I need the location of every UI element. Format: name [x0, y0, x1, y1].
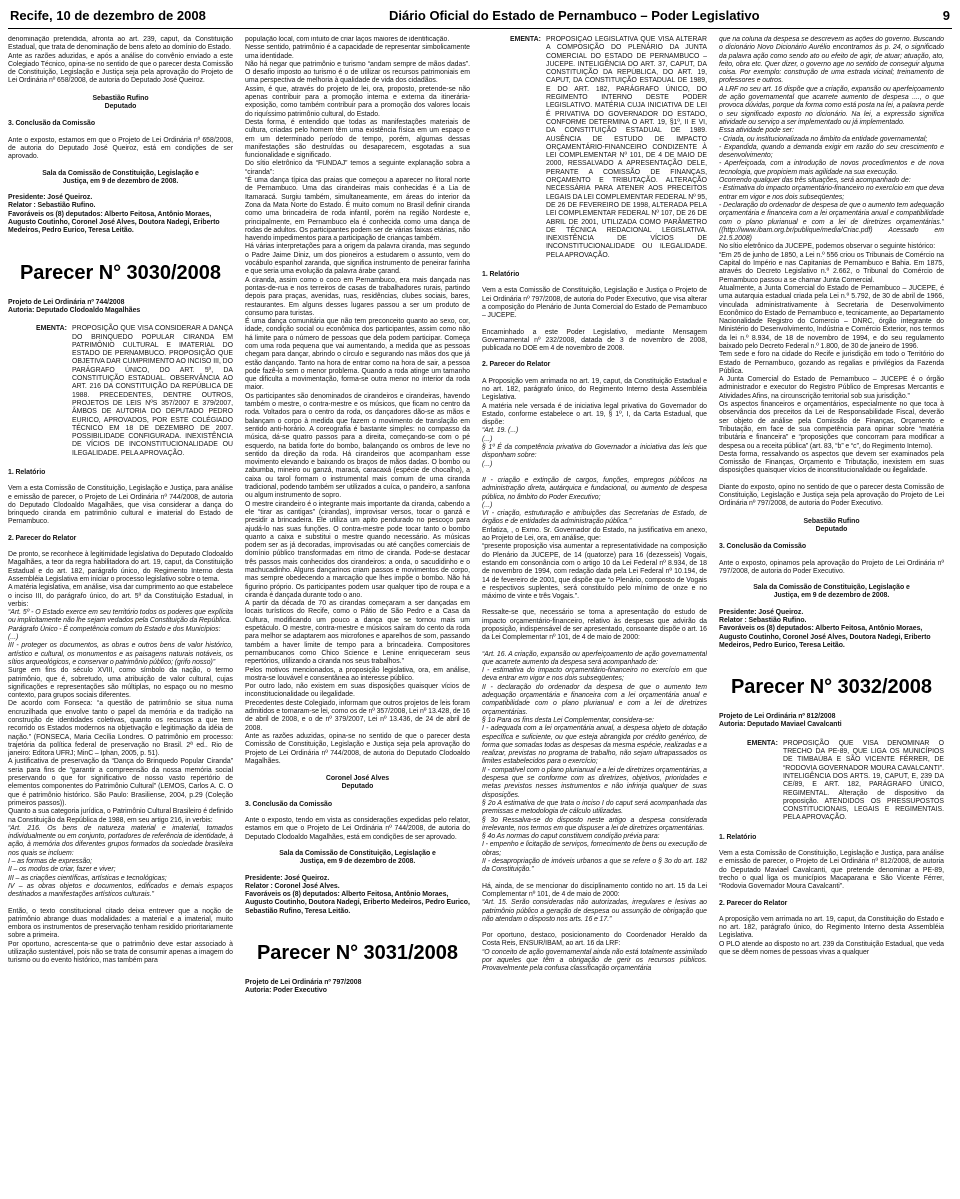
paragraph: Por outro lado, não existem em suas disp… [245, 683, 470, 700]
header-title: Diário Oficial do Estado de Pernambuco –… [206, 8, 943, 23]
paragraph: Tem sede e foro na cidade do Recife e ju… [719, 351, 944, 376]
committee-room-block: Sala da Comissão de Constituição, Legisl… [20, 170, 221, 187]
ementa-label: EMENTA: [36, 325, 72, 458]
page-header: Recife, 10 de dezembro de 2008 Diário Of… [8, 3, 952, 28]
committee-room-line: Justiça, em 9 de dezembro de 2008. [731, 592, 932, 600]
signature-block: Coronel José AlvesDeputado [245, 775, 470, 792]
column-2: população local, com intuito de criar la… [245, 36, 470, 1199]
bill-meta-line: Autoria: Deputado Clodoaldo Magalhães [8, 307, 233, 315]
votes-line: Presidente: José Queiroz. [245, 875, 470, 883]
paragraph: Ante o exposto, opinamos pela aprovação … [719, 560, 944, 577]
paragraph: A Proposição vem arrimada no art. 19, ca… [482, 378, 707, 403]
paragraph: Então, o texto constitucional citado dei… [8, 908, 233, 941]
paragraph: Os aspectos financeiros e orçamentários,… [719, 401, 944, 451]
signature-line: Sebastião Rufino [8, 95, 233, 103]
paragraph: Quanto a sua categoria jurídica, o Patri… [8, 808, 233, 825]
paragraph: Ante as razões aduzidas, e após a anális… [8, 53, 233, 86]
signature-line: Deputado [8, 103, 233, 111]
paragraph: Assim, é que, através do projeto de lei,… [245, 86, 470, 119]
header-rule [8, 28, 952, 29]
quoted-paragraph: “Art. 5º - O Estado exerce em seu territ… [8, 609, 233, 626]
quoted-paragraph: - Aperfeiçoada, com a introdução de novo… [719, 160, 944, 177]
committee-room-block: Sala da Comissão de Constituição, Legisl… [731, 584, 932, 601]
votes-block: Presidente: José Queiroz.Relator : Sebas… [719, 609, 944, 650]
quoted-paragraph: “Art. 16. A criação, expansão ou aperfei… [482, 651, 707, 668]
bill-meta-line: Projeto de Lei Ordinária nº 797/2008 [245, 979, 470, 987]
paragraph: Desta forma, ressalvando os aspectos que… [719, 451, 944, 476]
column-3: EMENTA:PROPOSIÇÃO LEGISLATIVA QUE VISA A… [482, 36, 707, 1199]
paragraph: O PLO atende ao disposto no art. 239 da … [719, 941, 944, 958]
paragraph: A Junta Comercial do Estado de Pernambuc… [719, 376, 944, 401]
quoted-paragraph: I - adequada com a lei orçamentária anua… [482, 725, 707, 766]
votes-line: Relator : Sebastião Rufino. [719, 617, 944, 625]
paragraph: Por oportuno, destaco, posicionamento do… [482, 932, 707, 949]
paragraph: Por oportuno, acrescenta-se que o patrim… [8, 941, 233, 966]
paragraph: Vem a esta Comissão de Constituição, Leg… [8, 485, 233, 526]
paragraph: A justificativa de preservação da “Dança… [8, 758, 233, 808]
bill-meta-line: Projeto de Lei Ordinária nº 744/2008 [8, 299, 233, 307]
spacer [482, 321, 707, 329]
committee-room-line: Sala da Comissão de Constituição, Legisl… [20, 170, 221, 178]
quoted-paragraph: - Declaração do ordenador de despesa de … [719, 202, 944, 243]
quoted-paragraph: (...) [482, 502, 707, 510]
signature-line: Coronel José Alves [245, 775, 470, 783]
paragraph: A proposição vem arrimada no art. 19, ca… [719, 916, 944, 941]
paragraph: Precedentes deste Colegiado, informam qu… [245, 700, 470, 733]
paragraph: Vem a esta Comissão de Constituição, Leg… [482, 287, 707, 320]
quoted-paragraph: II - declaração do ordenador da despesa … [482, 684, 707, 717]
committee-room-line: Justiça, em 9 de dezembro de 2008. [257, 858, 458, 866]
quoted-paragraph: I – as formas de expressão; [8, 858, 233, 866]
gazette-page: Recife, 10 de dezembro de 2008 Diário Of… [0, 0, 960, 1199]
bill-meta-line: Autoria: Poder Executivo [245, 987, 470, 995]
spacer [482, 924, 707, 932]
ementa-label: EMENTA: [510, 36, 546, 260]
quoted-paragraph: III – as criações científicas, artística… [8, 875, 233, 883]
signature-line: Sebastião Rufino [719, 518, 944, 526]
spacer [482, 643, 707, 651]
parecer-title: Parecer N° 3032/2008 [719, 676, 944, 698]
header-page-number: 9 [943, 8, 950, 23]
spacer [482, 875, 707, 883]
paragraph: Ressalte-se que, necessário se torna a a… [482, 609, 707, 642]
section-heading: 2. Parecer do Relator [719, 900, 944, 908]
paragraph: Ante as razões aduzidas, opina-se no sen… [245, 733, 470, 766]
section-heading: 3. Conclusão da Comissão [8, 120, 233, 128]
paragraph: Os participantes são denominados de cira… [245, 393, 470, 501]
signature-block: Sebastião RufinoDeputado [719, 518, 944, 535]
paragraph: A matéria nele versada é de iniciativa l… [482, 403, 707, 428]
paragraph: Do sítio eletrônico da “FUNDAJ” temos a … [245, 160, 470, 177]
quoted-paragraph: § 4o As normas do caput constituem condi… [482, 833, 707, 841]
paragraph: No sítio eletrônico da JUCEPE, podemos o… [719, 243, 944, 251]
ementa-block: EMENTA:PROPOSIÇÃO LEGISLATIVA QUE VISA A… [510, 36, 707, 260]
bill-meta-line: Autoria: Deputado Maviael Cavalcanti [719, 721, 944, 729]
spacer [719, 476, 944, 484]
paragraph: Ante o exposto, tendo em vista as consid… [245, 817, 470, 842]
quoted-paragraph: (...) [482, 436, 707, 444]
paragraph: Diante do exposto, opino no sentido de q… [719, 484, 944, 509]
quoted-paragraph: “O conceito de ação governamental ainda … [482, 949, 707, 974]
paragraph: Enfatiza, , o Exmo. Sr. Governador do Es… [482, 527, 707, 544]
ementa-label: EMENTA: [747, 740, 783, 823]
paragraph: denominação pretendida, afronta ao art. … [8, 36, 233, 53]
paragraph: Desta forma, é entendido que todas as ma… [245, 119, 470, 160]
paragraph: É uma dança comunitária que não tem prec… [245, 318, 470, 393]
section-heading: 1. Relatório [8, 469, 233, 477]
votes-line: Favoráveis os (8) deputados: Alberto Fei… [245, 891, 470, 916]
quoted-paragraph: § 3o Ressalva-se do disposto neste artig… [482, 817, 707, 834]
quoted-paragraph: § 1o Para os fins desta Lei Complementar… [482, 717, 707, 725]
paragraph: De acordo com Fonseca: “a questão de pat… [8, 700, 233, 758]
signature-line: Deputado [245, 783, 470, 791]
quoted-paragraph: - Criada, ou institucionalizada no âmbit… [719, 136, 944, 144]
paragraph: população local, com intuito de criar la… [245, 36, 470, 44]
votes-line: Presidente: José Queiroz. [719, 609, 944, 617]
quoted-paragraph: III - proteger os documentos, as obras e… [8, 642, 233, 667]
quoted-paragraph: (...) [482, 461, 707, 469]
paragraph: Atualmente, a Junta Comercial do Estado … [719, 285, 944, 351]
signature-line: Deputado [719, 526, 944, 534]
paragraph: Surge em fins do século XVIII, como símb… [8, 667, 233, 700]
quoted-paragraph: “Art. 15. Serão consideradas não autoriz… [482, 899, 707, 924]
votes-line: Relator : Sebastião Rufino. [8, 202, 233, 210]
parecer-title: Parecer N° 3031/2008 [245, 942, 470, 964]
header-date-place: Recife, 10 de dezembro de 2008 [10, 8, 206, 23]
quoted-paragraph: - Estimativa do impacto orçamentário-fin… [719, 185, 944, 202]
votes-line: Favoráveis os (8) deputados: Alberto Fei… [719, 625, 944, 650]
quoted-paragraph: II - compatível com o plano plurianual e… [482, 767, 707, 800]
quoted-paragraph: VI - criação, estruturação e atribuições… [482, 510, 707, 527]
bill-meta-line: Projeto de Lei Ordinária nº 812/2008 [719, 713, 944, 721]
ementa-block: EMENTA:PROPOSIÇÃO QUE VISA DENOMINAR O T… [747, 740, 944, 823]
quoted-paragraph: A LRF no seu art. 16 dispõe que a criaçã… [719, 86, 944, 127]
paragraph: Há, ainda, de se mencionar do disciplina… [482, 883, 707, 900]
paragraph: A ciranda, assim como o coco em Pernambu… [245, 277, 470, 318]
ementa-text: PROPOSIÇÃO QUE VISA CONSIDERAR A DANÇA D… [72, 325, 233, 458]
ementa-text: PROPOSIÇÃO LEGISLATIVA QUE VISA ALTERAR … [546, 36, 707, 260]
column-1: denominação pretendida, afronta ao art. … [8, 36, 233, 1199]
quoted-paragraph: § 1º É da competência privativa do Gover… [482, 444, 707, 461]
paragraph: Pelos motivos mencionados, a proposição … [245, 667, 470, 684]
bill-meta: Projeto de Lei Ordinária nº 812/2008Auto… [719, 713, 944, 730]
votes-line: Presidente: José Queiroz. [8, 194, 233, 202]
quoted-paragraph: IV – as obras objetos e documentos, edif… [8, 883, 233, 900]
committee-room-line: Sala da Comissão de Constituição, Legisl… [257, 850, 458, 858]
quoted-paragraph: que na coluna da despesa se descrevem as… [719, 36, 944, 86]
paragraph: Não há negar que patrimônio e turismo “a… [245, 61, 470, 86]
section-heading: 3. Conclusão da Comissão [719, 543, 944, 551]
paragraph: Nesse sentido, patrimônio é a capacidade… [245, 44, 470, 61]
ementa-text: PROPOSIÇÃO QUE VISA DENOMINAR O TRECHO D… [783, 740, 944, 823]
quoted-paragraph: - Expandida, quando a demanda exigir em … [719, 144, 944, 161]
quoted-paragraph: “Art. 19. (...) [482, 427, 707, 435]
paragraph: “Em 25 de junho de 1850, a Lei n.º 556 c… [719, 252, 944, 285]
quoted-paragraph: § 2o A estimativa de que trata o inciso … [482, 800, 707, 817]
section-heading: 1. Relatório [719, 834, 944, 842]
paragraph: O mestre cirandeiro é o integrante mais … [245, 501, 470, 601]
paragraph: A matéria legislativa, em análise, visa … [8, 584, 233, 609]
committee-room-block: Sala da Comissão de Constituição, Legisl… [257, 850, 458, 867]
quoted-paragraph: Parágrafo Único - É competência comum do… [8, 626, 233, 634]
quoted-paragraph: II - criação e extinção de cargos, funçõ… [482, 477, 707, 502]
committee-room-line: Sala da Comissão de Constituição, Legisl… [731, 584, 932, 592]
text-columns: denominação pretendida, afronta ao art. … [8, 36, 952, 1199]
signature-block: Sebastião RufinoDeputado [8, 95, 233, 112]
ementa-block: EMENTA:PROPOSIÇÃO QUE VISA CONSIDERAR A … [36, 325, 233, 458]
bill-meta: Projeto de Lei Ordinária nº 797/2008Auto… [245, 979, 470, 996]
quoted-paragraph: “Art. 216. Os bens de natureza material … [8, 825, 233, 858]
spacer [8, 900, 233, 908]
votes-line: Relator : Coronel José Alves. [245, 883, 470, 891]
quoted-paragraph: II – os modos de criar, fazer e viver; [8, 866, 233, 874]
paragraph: A partir da década de 70 as cirandas com… [245, 600, 470, 666]
section-heading: 2. Parecer do Relator [482, 361, 707, 369]
paragraph: De pronto, se reconhece à legitimidade l… [8, 551, 233, 584]
quoted-paragraph: I - estimativa do impacto orçamentário-f… [482, 667, 707, 684]
paragraph: Vem a esta Comissão de Constituição, Leg… [719, 850, 944, 891]
votes-block: Presidente: José Queiroz.Relator : Coron… [245, 875, 470, 916]
spacer [482, 469, 707, 477]
section-heading: 1. Relatório [482, 271, 707, 279]
quoted-paragraph: (...) [8, 634, 233, 642]
bill-meta: Projeto de Lei Ordinária nº 744/2008Auto… [8, 299, 233, 316]
parecer-title: Parecer N° 3030/2008 [8, 262, 233, 284]
column-4: que na coluna da despesa se descrevem as… [719, 36, 944, 1199]
section-heading: 3. Conclusão da Comissão [245, 801, 470, 809]
votes-line: Favoráveis os (8) deputados: Alberto Fei… [8, 211, 233, 236]
paragraph: Encaminhado a este Poder Legislativo, me… [482, 329, 707, 354]
paragraph: “presente proposição visa aumentar a rep… [482, 543, 707, 601]
paragraph: Há várias interpretações para a origem d… [245, 243, 470, 276]
paragraph: “É uma dança típica das praias que começ… [245, 177, 470, 243]
committee-room-line: Justiça, em 9 de dezembro de 2008. [20, 178, 221, 186]
paragraph: Ante o exposto, estamos em que o Projeto… [8, 137, 233, 162]
quoted-paragraph: II - desapropriação de imóveis urbanos a… [482, 858, 707, 875]
spacer [482, 601, 707, 609]
votes-block: Presidente: José Queiroz.Relator : Sebas… [8, 194, 233, 235]
quoted-paragraph: I - empenho e licitação de serviços, for… [482, 841, 707, 858]
section-heading: 2. Parecer do Relator [8, 535, 233, 543]
quoted-paragraph: Essa atividade pode ser: [719, 127, 944, 135]
quoted-paragraph: Ocorrendo qualquer das três situações, s… [719, 177, 944, 185]
